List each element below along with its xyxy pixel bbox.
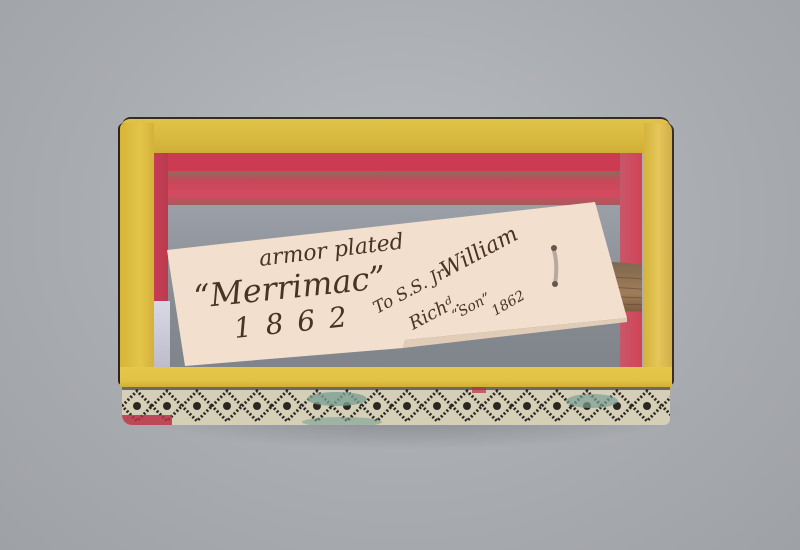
red-lining-top (152, 151, 642, 171)
yellow-rim-top (122, 117, 671, 153)
yellow-rim-left (118, 123, 154, 385)
handwritten-label: armor plated “Merrimac” 1862 To S.S. Jr.… (165, 198, 630, 370)
yellow-rim-bottom (120, 367, 672, 389)
woven-fabric-side (122, 387, 670, 425)
yellow-rim-right (644, 123, 674, 385)
photo-scene: armor plated “Merrimac” 1862 To S.S. Jr.… (0, 0, 800, 550)
